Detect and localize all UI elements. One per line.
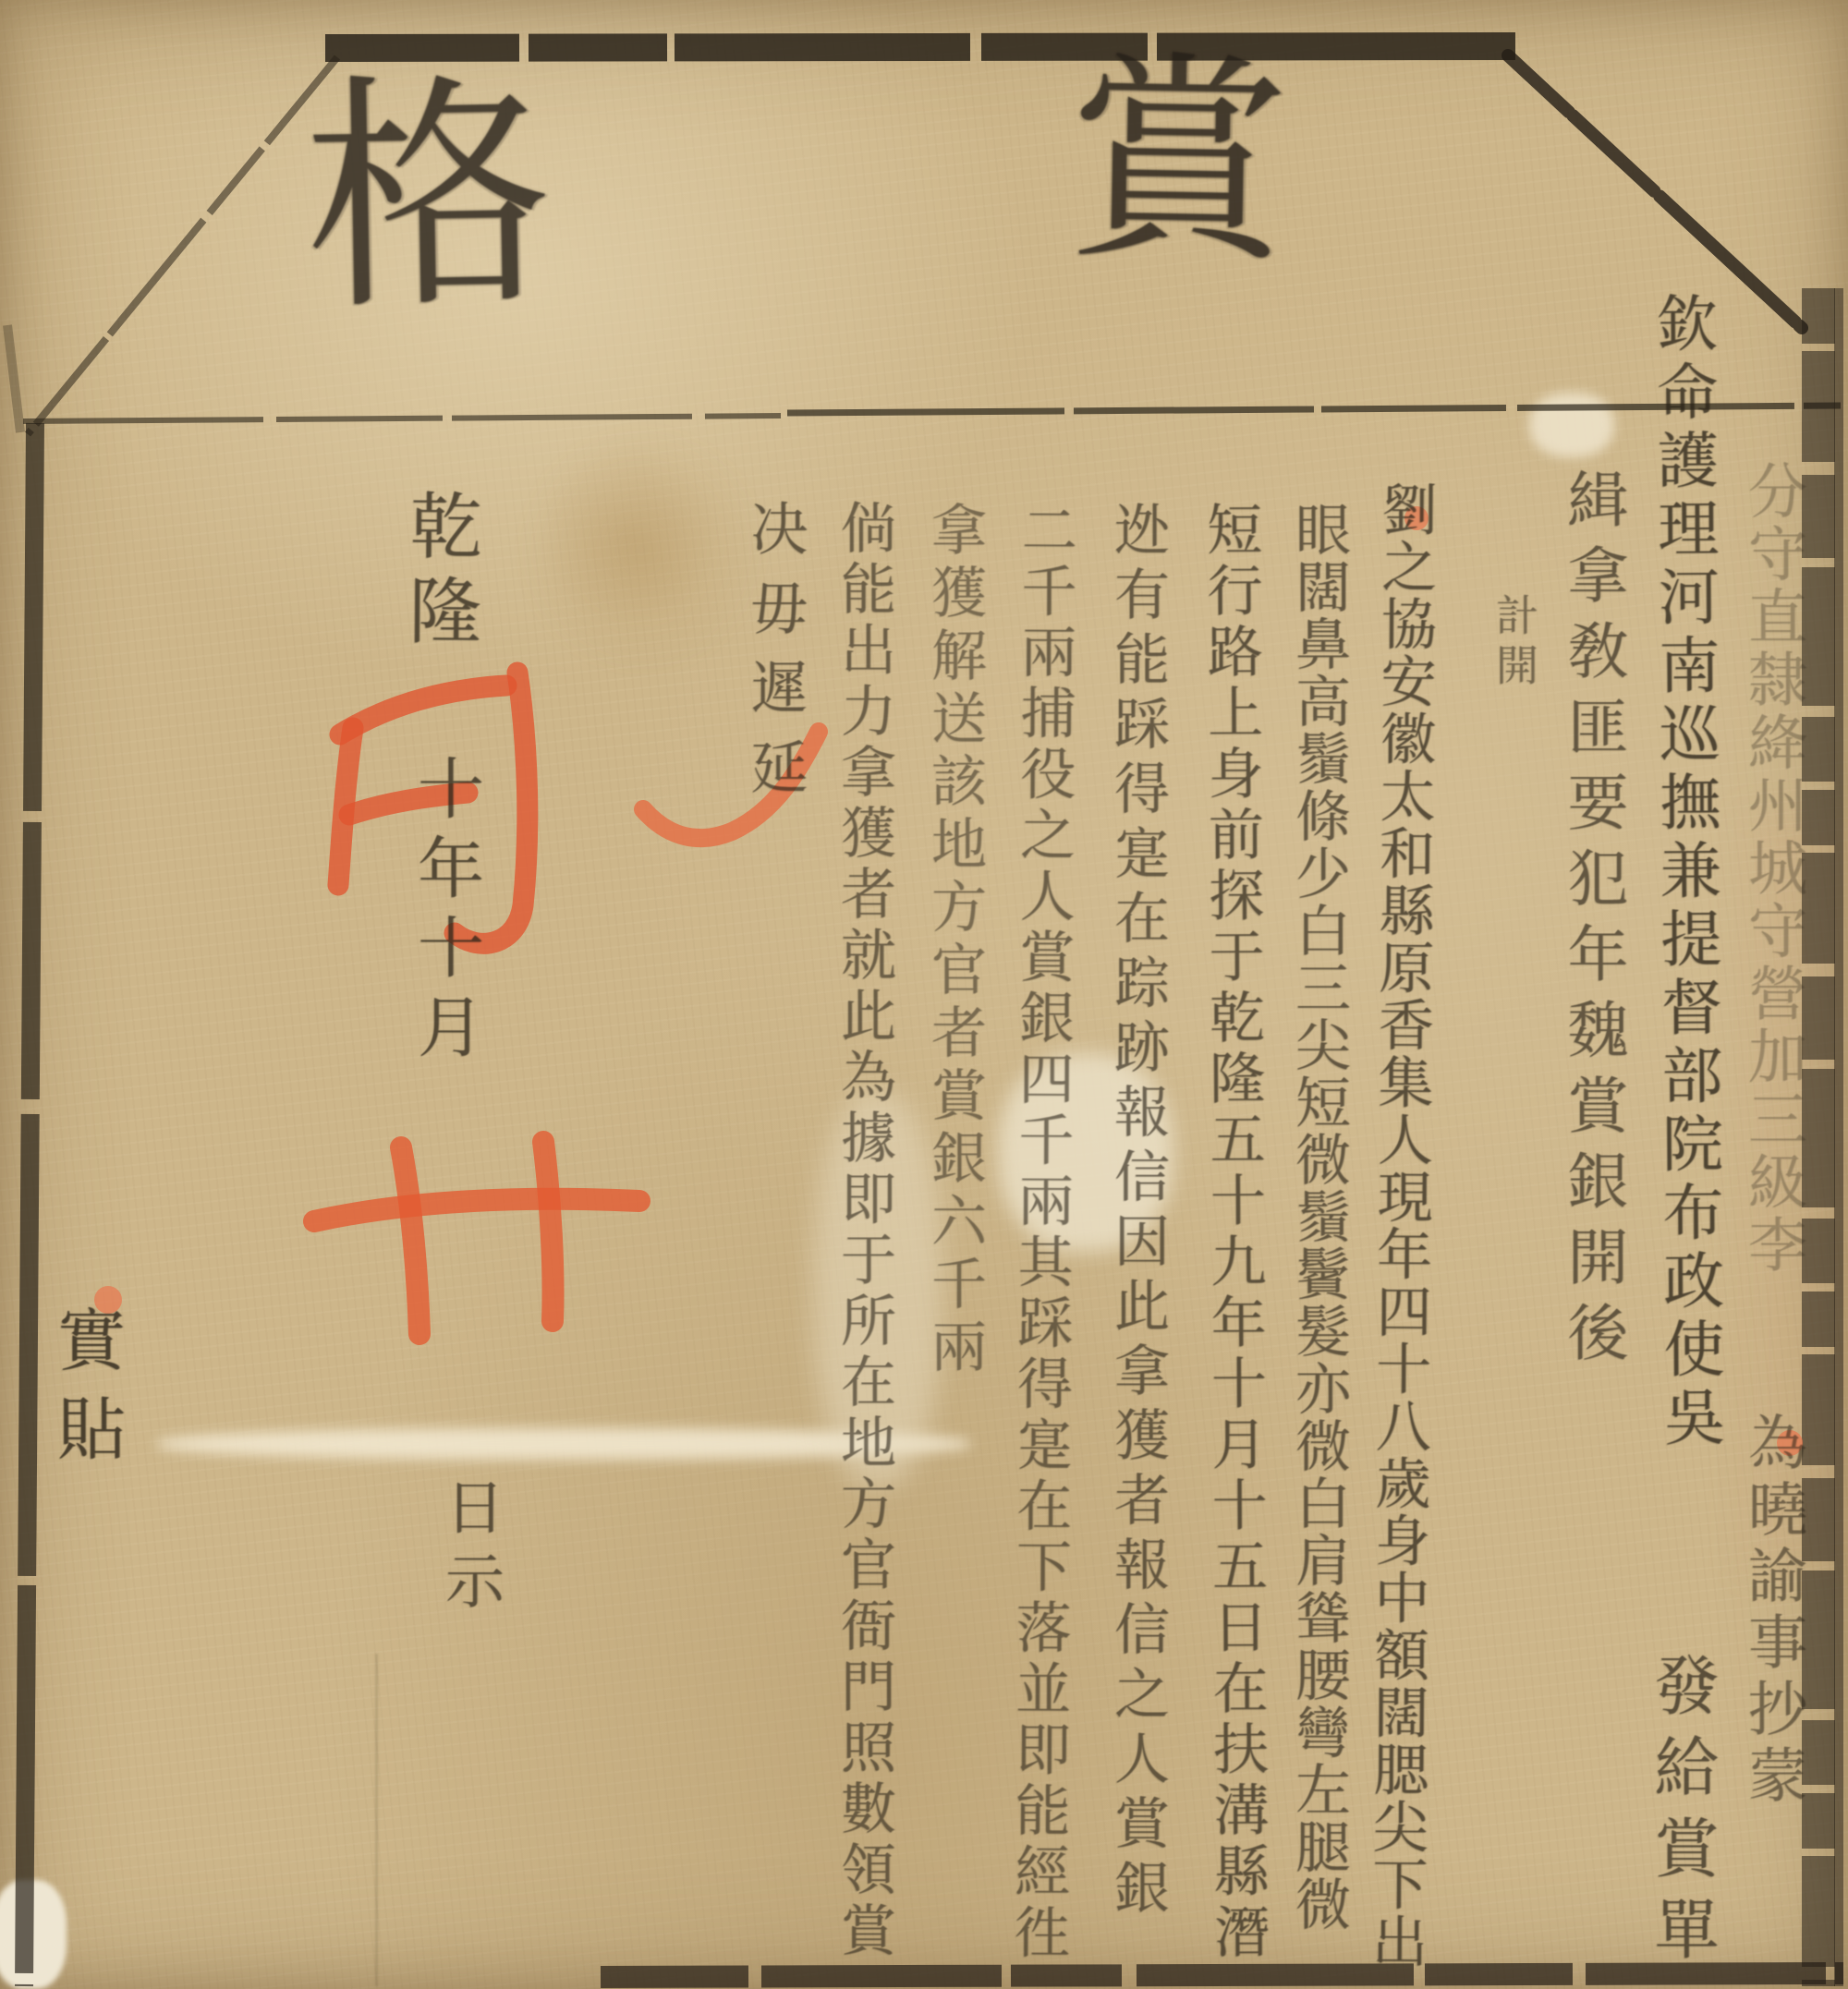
- title-char-shang: 賞: [1065, 49, 1291, 274]
- body-column: 决毋遲延: [734, 499, 816, 817]
- top-border: [325, 46, 1515, 48]
- reward-issue-column: 發給賞單: [1635, 1652, 1729, 1977]
- left-border: [24, 423, 35, 1986]
- body-column: 短行路上身前探于乾隆五十九年十月十五日在扶溝縣潛: [1190, 501, 1277, 1964]
- proclamation-intro-column: 為曉諭事抄蒙: [1730, 1412, 1815, 1811]
- posting-label: 實貼: [37, 1304, 135, 1482]
- right-diagonal-border: [1508, 55, 1802, 328]
- handwritten-day-glyph: [314, 1142, 639, 1334]
- edge-smudge: [7, 325, 20, 432]
- body-column: 倘能出力拿獲者就此為據即于所在地方官衙門照數領賞: [824, 499, 904, 1962]
- body-column: 劉之協安徽太和縣原香集人現年四十八歲身中額闊腮尖下出: [1356, 480, 1445, 1971]
- body-column: 拿獲解送該地方官者賞銀六千兩: [915, 501, 994, 1380]
- date-column-day-suffix: 日示: [427, 1476, 512, 1624]
- header-divider-line: [23, 416, 781, 421]
- official-issuer-column: 分守直隸絳州城守營加三級李: [1730, 460, 1815, 1277]
- section-heading: 計開: [1484, 593, 1545, 693]
- body-column: 眼闊鼻高鬚條少白三尖短微鬚鬢髮亦微白肩聳腰彎左腿微: [1279, 501, 1358, 1933]
- date-column-era: 乾隆: [386, 488, 492, 659]
- body-column: 二千兩捕役之人賞銀四千兩其踩得寔在下落並即能經徃: [998, 501, 1085, 1964]
- body-column: 迯有能踩得寔在踪跡報信因此拿獲者報信之人賞銀: [1098, 501, 1177, 1923]
- title-char-ge: 格: [303, 72, 555, 324]
- directive-column: 緝拿敎匪要犯年魏賞銀開後: [1549, 467, 1636, 1377]
- reward-notice-sheet: 賞 格 分守直隸絳州城守營加三級李 為曉諭事抄蒙 欽命護理河南巡撫兼提督部院布政…: [0, 0, 1848, 1989]
- left-diagonal-border: [28, 57, 337, 434]
- governor-title-column: 欽命護理河南巡撫兼提督部院布政使吳: [1637, 291, 1733, 1454]
- date-column-year-month: 十年十月: [397, 754, 493, 1072]
